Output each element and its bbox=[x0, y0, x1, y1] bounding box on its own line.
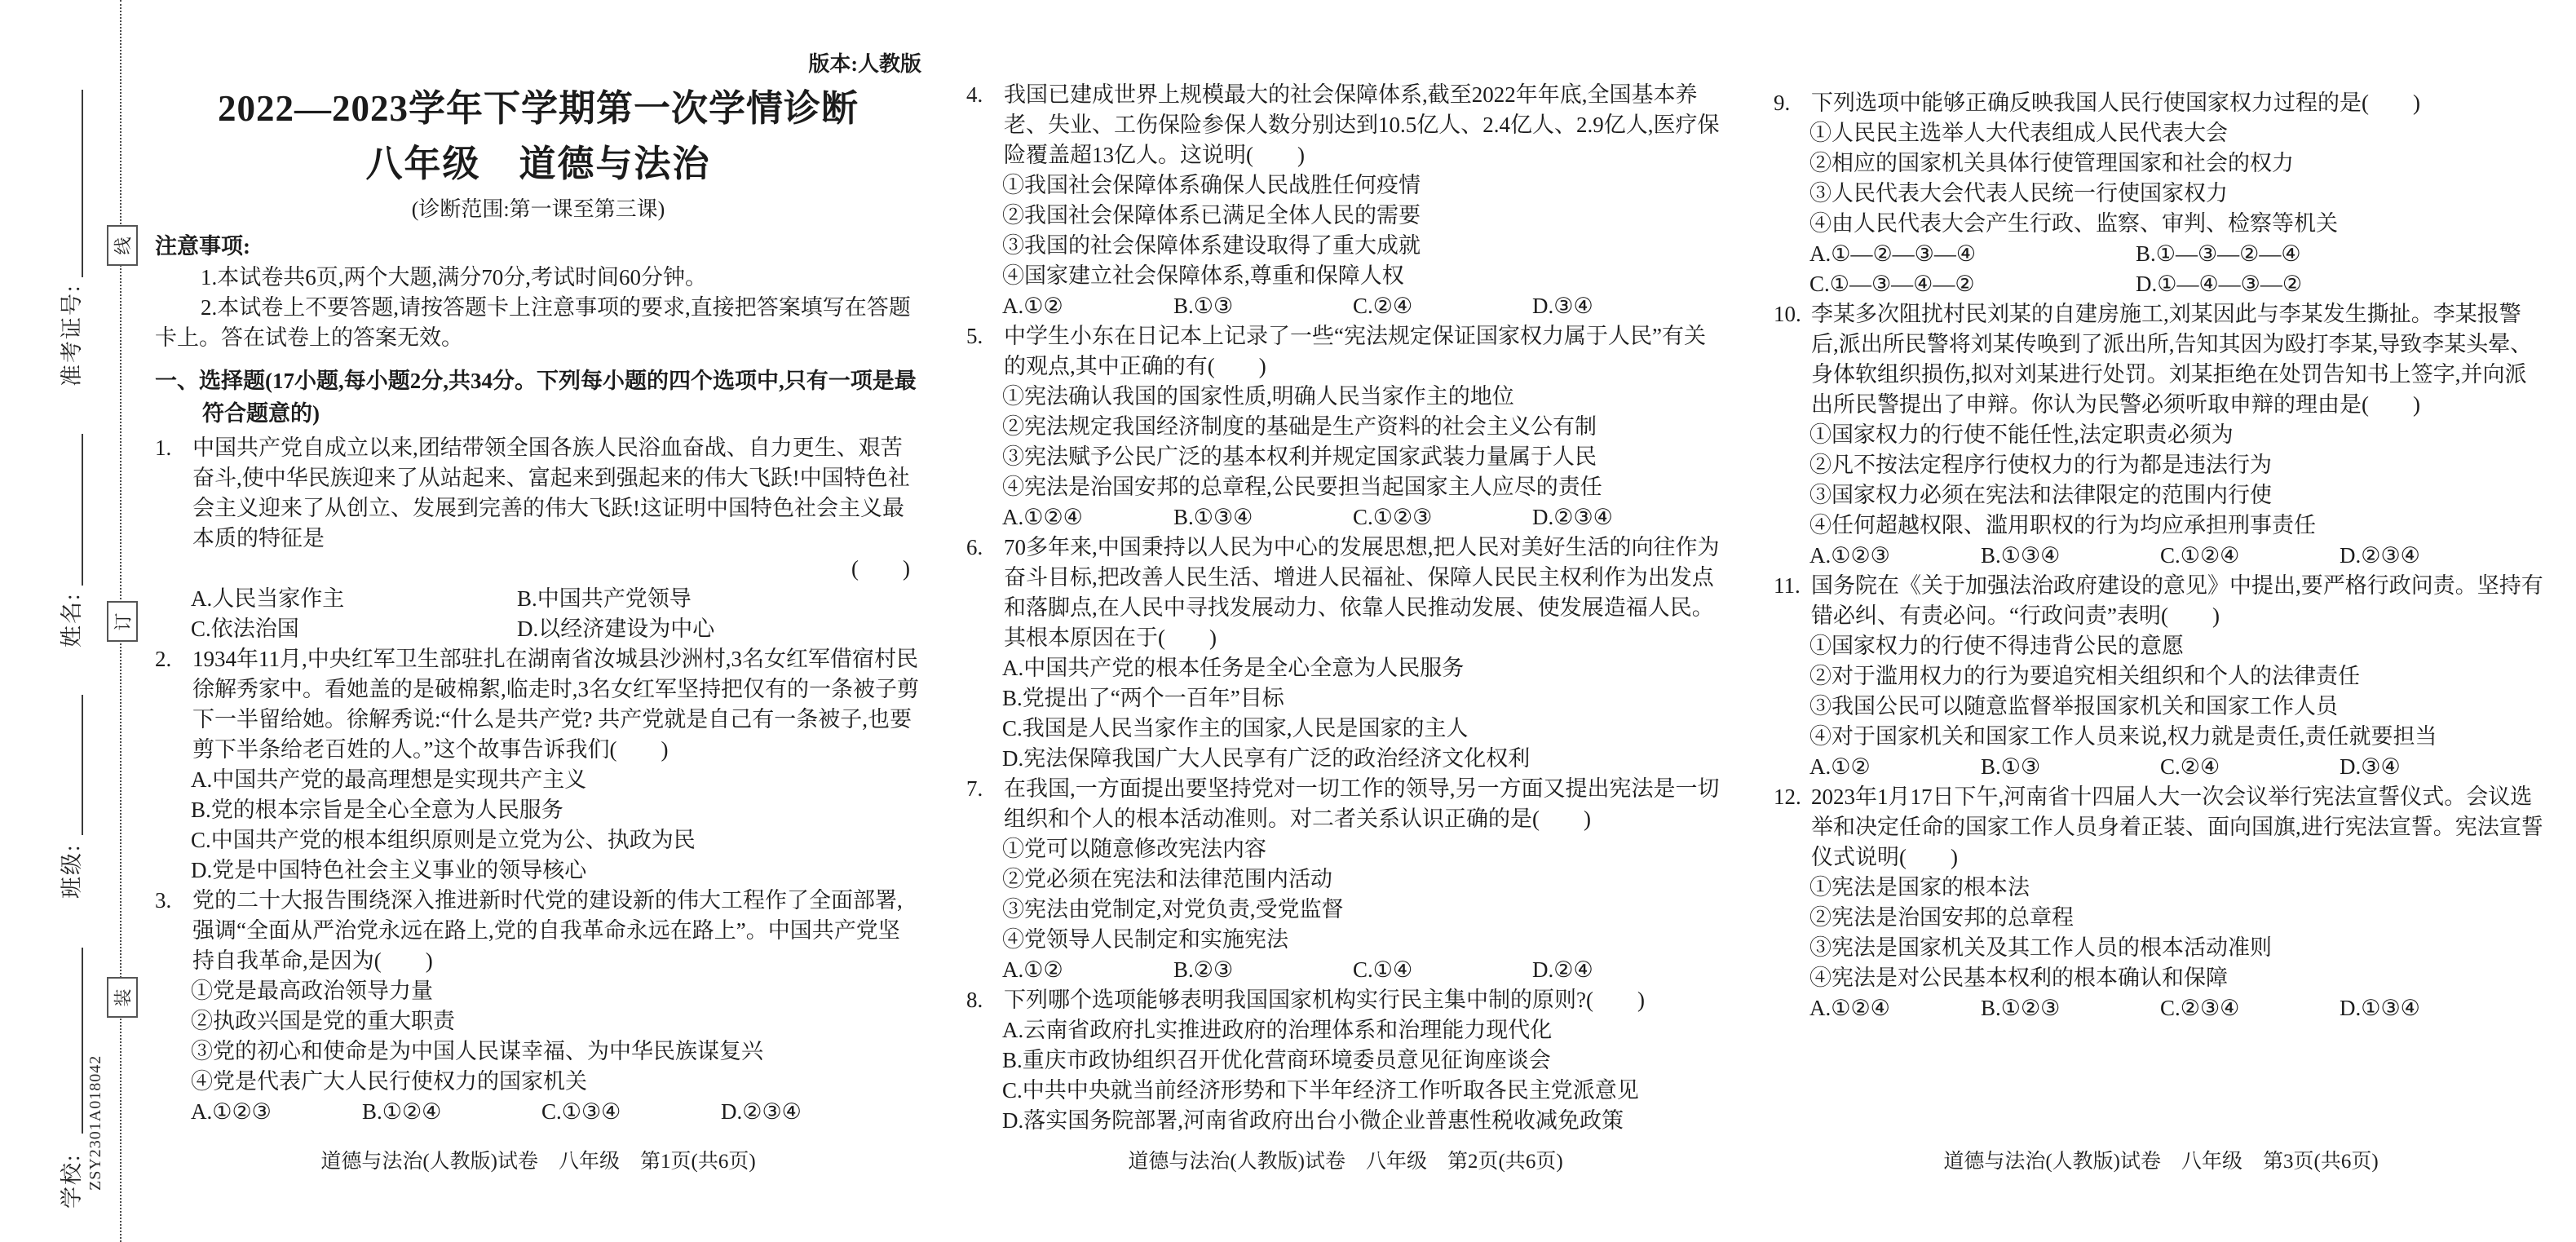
page-3-questions: 9.下列选项中能够正确反映我国人民行使国家权力过程的是( )①人民民主选举人大代… bbox=[1774, 88, 2548, 1023]
statement-item: ④由人民代表大会产生行政、监察、审判、检察等机关 bbox=[1774, 209, 2548, 239]
edition-label: 版本:人教版 bbox=[155, 51, 921, 78]
exam-title-line1: 2022—2023学年下学期第一次学情诊断 bbox=[155, 85, 921, 132]
option-line: C.中国共产党的根本组织原则是立党为公、执政为民 bbox=[155, 825, 921, 855]
option: B.中国共产党领导 bbox=[517, 584, 921, 614]
option-D: D.②③④ bbox=[2340, 541, 2548, 571]
question-text: 我国已建成世界上规模最大的社会保障体系,截至2022年年底,全国基本养老、失业、… bbox=[1004, 82, 1720, 167]
option-C: C.①③④ bbox=[541, 1097, 721, 1127]
options-row: A.人民当家作主B.中国共产党领导 bbox=[155, 584, 921, 614]
question: 8.下列哪个选项能够表明我国国家机构实行民主集中制的原则?( )A.云南省政府扎… bbox=[966, 985, 1725, 1136]
question: 1.中国共产党自成立以来,团结带领全国各族人民浴血奋战、自力更生、艰苦奋斗,使中… bbox=[155, 433, 921, 644]
question-number: 8. bbox=[966, 985, 1004, 1015]
page-2: 4.我国已建成世界上规模最大的社会保障体系,截至2022年年底,全国基本养老、失… bbox=[966, 0, 1725, 1242]
statement-item: ②执政兴国是党的重大职责 bbox=[155, 1006, 921, 1036]
school-field-line bbox=[82, 948, 83, 1134]
seal-margin-fields: 学校: 班级: 姓名: 准考证号: bbox=[33, 49, 90, 1233]
option: A.①—②—③—④ bbox=[1809, 239, 2136, 269]
statement-item: ②党必须在宪法和法律范围内活动 bbox=[966, 864, 1725, 895]
options-row: A.①②③B.①③④C.①②④D.②③④ bbox=[1774, 541, 2548, 571]
options-row: C.①—③—④—②D.①—④—③—② bbox=[1774, 269, 2548, 299]
page-2-questions: 4.我国已建成世界上规模最大的社会保障体系,截至2022年年底,全国基本养老、失… bbox=[966, 80, 1725, 1136]
question-text: 在我国,一方面提出要坚持党对一切工作的领导,另一方面又提出宪法是一切组织和个人的… bbox=[1004, 776, 1720, 831]
question-number: 12. bbox=[1774, 782, 1811, 812]
page-3: 9.下列选项中能够正确反映我国人民行使国家权力过程的是( )①人民民主选举人大代… bbox=[1774, 0, 2548, 1242]
options-row: A.①②B.②③C.①④D.②④ bbox=[966, 955, 1725, 985]
exam-sheet-scan: { "sidebar": { "fields": [ {"label": "学校… bbox=[0, 0, 2576, 1242]
question-number: 9. bbox=[1774, 88, 1811, 118]
page-1-footer: 道德与法治(人教版)试卷 八年级 第1页(共6页) bbox=[155, 1148, 921, 1176]
statement-item: ②相应的国家机关具体行使管理国家和社会的权力 bbox=[1774, 148, 2548, 179]
notice-item-1: 1.本试卷共6页,两个大题,满分70分,考试时间60分钟。 bbox=[155, 263, 921, 293]
option-A: A.①②③ bbox=[1809, 541, 1981, 571]
option-C: C.①②④ bbox=[2160, 541, 2340, 571]
option-C: C.①②③ bbox=[1353, 502, 1532, 533]
exam-id-field-line bbox=[82, 90, 83, 277]
statement-item: ②宪法是治国安邦的总章程 bbox=[1774, 903, 2548, 933]
class-field-label: 班级: bbox=[54, 843, 86, 899]
option-line: D.党是中国特色社会主义事业的领导核心 bbox=[155, 855, 921, 886]
fold-mark-zhuang: 装 bbox=[107, 977, 138, 1018]
question-number: 3. bbox=[155, 886, 192, 916]
question-number: 2. bbox=[155, 644, 192, 674]
question: 3.党的二十大报告围绕深入推进新时代党的建设新的伟大工程作了全面部署,强调“全面… bbox=[155, 886, 921, 1127]
question-stem: 8.下列哪个选项能够表明我国国家机构实行民主集中制的原则?( ) bbox=[966, 985, 1725, 1015]
fold-mark-xian: 线 bbox=[107, 225, 138, 266]
question-text: 1934年11月,中央红军卫生部驻扎在湖南省汝城县沙洲村,3名女红军借宿村民徐解… bbox=[192, 647, 919, 762]
option-D: D.③④ bbox=[2340, 752, 2548, 782]
question: 5.中学生小东在日记本上记录了一些“宪法规定保证国家权力属于人民”有关的观点,其… bbox=[966, 321, 1725, 533]
option-D: D.③④ bbox=[1532, 291, 1725, 321]
question-number: 5. bbox=[966, 321, 1004, 351]
question-stem: 12.2023年1月17日下午,河南省十四届人大一次会议举行宪法宣誓仪式。会议选… bbox=[1774, 782, 2548, 873]
question: 6.70多年来,中国秉持以人民为中心的发展思想,把人民对美好生活的向往作为奋斗目… bbox=[966, 533, 1725, 774]
statement-item: ①宪法确认我国的国家性质,明确人民当家作主的地位 bbox=[966, 382, 1725, 412]
option-A: A.①② bbox=[1809, 752, 1981, 782]
statement-item: ③我国的社会保障体系建设取得了重大成就 bbox=[966, 231, 1725, 261]
option-B: B.①③ bbox=[1981, 752, 2160, 782]
question-stem: 4.我国已建成世界上规模最大的社会保障体系,截至2022年年底,全国基本养老、失… bbox=[966, 80, 1725, 170]
question-stem: 3.党的二十大报告围绕深入推进新时代党的建设新的伟大工程作了全面部署,强调“全面… bbox=[155, 886, 921, 976]
question-number: 1. bbox=[155, 433, 192, 463]
option-line: A.云南省政府扎实推进政府的治理体系和治理能力现代化 bbox=[966, 1015, 1725, 1045]
option: A.人民当家作主 bbox=[191, 584, 517, 614]
question-text: 中学生小东在日记本上记录了一些“宪法规定保证国家权力属于人民”有关的观点,其中正… bbox=[1004, 324, 1706, 378]
option: D.①—④—③—② bbox=[2136, 269, 2548, 299]
option-line: B.党的根本宗旨是全心全意为人民服务 bbox=[155, 795, 921, 825]
statement-item: ③宪法由党制定,对党负责,受党监督 bbox=[966, 895, 1725, 925]
statement-item: ②我国社会保障体系已满足全体人民的需要 bbox=[966, 201, 1725, 231]
fold-mark-zhuang-char: 装 bbox=[109, 988, 135, 1006]
option-line: C.中共中央就当前经济形势和下半年经济工作听取各民主党派意见 bbox=[966, 1076, 1725, 1106]
statement-item: ①国家权力的行使不能任性,法定职责必须为 bbox=[1774, 420, 2548, 450]
class-field-line bbox=[82, 695, 83, 835]
option-D: D.②③④ bbox=[1532, 502, 1725, 533]
fold-mark-ding: 订 bbox=[107, 601, 138, 642]
answer-blank: ( ) bbox=[155, 554, 921, 584]
option-A: A.①②③ bbox=[191, 1097, 362, 1127]
option: D.以经济建设为中心 bbox=[517, 614, 921, 644]
statement-item: ④对于国家机关和国家工作人员来说,权力就是责任,责任就要担当 bbox=[1774, 722, 2548, 752]
options-row: C.依法治国D.以经济建设为中心 bbox=[155, 614, 921, 644]
fold-mark-xian-char: 线 bbox=[109, 236, 135, 254]
option-D: D.②③④ bbox=[721, 1097, 921, 1127]
question-number: 10. bbox=[1774, 299, 1811, 329]
option-A: A.①②④ bbox=[1809, 993, 1981, 1023]
statement-item: ③党的初心和使命是为中国人民谋幸福、为中华民族谋复兴 bbox=[155, 1036, 921, 1067]
option-B: B.①③ bbox=[1173, 291, 1353, 321]
statement-item: ①人民民主选举人大代表组成人民代表大会 bbox=[1774, 118, 2548, 148]
question: 9.下列选项中能够正确反映我国人民行使国家权力过程的是( )①人民民主选举人大代… bbox=[1774, 88, 2548, 299]
statement-item: ③人民代表大会代表人民统一行使国家权力 bbox=[1774, 179, 2548, 209]
options-row: A.①②③B.①②④C.①③④D.②③④ bbox=[155, 1097, 921, 1127]
options-row: A.①②④B.①②③C.②③④D.①③④ bbox=[1774, 993, 2548, 1023]
question-number: 7. bbox=[966, 774, 1004, 804]
option: B.①—③—②—④ bbox=[2136, 239, 2548, 269]
notice-item-2: 2.本试卷上不要答题,请按答题卡上注意事项的要求,直接把答案填写在答题卡上。答在… bbox=[155, 293, 921, 353]
option-line: D.落实国务院部署,河南省政府出台小微企业普惠性税收减免政策 bbox=[966, 1106, 1725, 1136]
options-row: A.①②B.①③C.②④D.③④ bbox=[1774, 752, 2548, 782]
statement-item: ②对于滥用权力的行为要追究相关组织和个人的法律责任 bbox=[1774, 661, 2548, 692]
exam-scope-subtitle: (诊断范围:第一课至第三课) bbox=[155, 194, 921, 225]
question-stem: 11.国务院在《关于加强法治政府建设的意见》中提出,要严格行政问责。坚持有错必纠… bbox=[1774, 571, 2548, 631]
exam-title-line2: 八年级 道德与法治 bbox=[155, 140, 921, 188]
statement-item: ④国家建立社会保障体系,尊重和保障人权 bbox=[966, 261, 1725, 291]
statement-item: ④党领导人民制定和实施宪法 bbox=[966, 925, 1725, 955]
question: 11.国务院在《关于加强法治政府建设的意见》中提出,要严格行政问责。坚持有错必纠… bbox=[1774, 571, 2548, 782]
option-C: C.②④ bbox=[1353, 291, 1532, 321]
school-field-label: 学校: bbox=[54, 1153, 86, 1209]
question-number: 11. bbox=[1774, 571, 1811, 601]
option-line: D.宪法保障我国广大人民享有广泛的政治经济文化权利 bbox=[966, 744, 1725, 774]
question-text: 70多年来,中国秉持以人民为中心的发展思想,把人民对美好生活的向往作为奋斗目标,… bbox=[1004, 535, 1720, 650]
option-A: A.①② bbox=[1002, 955, 1173, 985]
statement-item: ①党可以随意修改宪法内容 bbox=[966, 834, 1725, 864]
page-2-footer: 道德与法治(人教版)试卷 八年级 第2页(共6页) bbox=[966, 1148, 1725, 1176]
option: C.①—③—④—② bbox=[1809, 269, 2136, 299]
option-B: B.①③④ bbox=[1981, 541, 2160, 571]
options-row: A.①②B.①③C.②④D.③④ bbox=[966, 291, 1725, 321]
question-number: 4. bbox=[966, 80, 1004, 110]
question-text: 下列选项中能够正确反映我国人民行使国家权力过程的是( ) bbox=[1811, 91, 2420, 115]
question: 4.我国已建成世界上规模最大的社会保障体系,截至2022年年底,全国基本养老、失… bbox=[966, 80, 1725, 321]
question-text: 国务院在《关于加强法治政府建设的意见》中提出,要严格行政问责。坚持有错必纠、有责… bbox=[1811, 573, 2543, 628]
option-line: B.重庆市政协组织召开优化营商环境委员意见征询座谈会 bbox=[966, 1045, 1725, 1076]
question-stem: 9.下列选项中能够正确反映我国人民行使国家权力过程的是( ) bbox=[1774, 88, 2548, 118]
question-text: 下列哪个选项能够表明我国国家机构实行民主集中制的原则?( ) bbox=[1004, 988, 1645, 1012]
page-3-footer: 道德与法治(人教版)试卷 八年级 第3页(共6页) bbox=[1774, 1148, 2548, 1176]
option-line: A.中国共产党的根本任务是全心全意为人民服务 bbox=[966, 653, 1725, 683]
question: 10.李某多次阻扰村民刘某的自建房施工,刘某因此与李某发生撕扯。李某报警后,派出… bbox=[1774, 299, 2548, 571]
option-B: B.②③ bbox=[1173, 955, 1353, 985]
question-text: 党的二十大报告围绕深入推进新时代党的建设新的伟大工程作了全面部署,强调“全面从严… bbox=[192, 888, 903, 973]
statement-item: ④任何超越权限、滥用职权的行为均应承担刑事责任 bbox=[1774, 511, 2548, 541]
question: 7.在我国,一方面提出要坚持党对一切工作的领导,另一方面又提出宪法是一切组织和个… bbox=[966, 774, 1725, 985]
option-line: B.党提出了“两个一百年”目标 bbox=[966, 683, 1725, 714]
exam-code: ZSY2301A018042 bbox=[86, 1015, 108, 1191]
option-B: B.①③④ bbox=[1173, 502, 1353, 533]
question: 12.2023年1月17日下午,河南省十四届人大一次会议举行宪法宣誓仪式。会议选… bbox=[1774, 782, 2548, 1023]
option-C: C.②④ bbox=[2160, 752, 2340, 782]
option-D: D.①③④ bbox=[2340, 993, 2548, 1023]
statement-item: ④宪法是治国安邦的总章程,公民要担当起国家主人应尽的责任 bbox=[966, 472, 1725, 502]
statement-item: ①宪法是国家的根本法 bbox=[1774, 873, 2548, 903]
question-stem: 2.1934年11月,中央红军卫生部驻扎在湖南省汝城县沙洲村,3名女红军借宿村民… bbox=[155, 644, 921, 765]
name-field-label: 姓名: bbox=[54, 592, 86, 648]
option-A: A.①② bbox=[1002, 291, 1173, 321]
question-stem: 6.70多年来,中国秉持以人民为中心的发展思想,把人民对美好生活的向往作为奋斗目… bbox=[966, 533, 1725, 653]
options-row: A.①②④B.①③④C.①②③D.②③④ bbox=[966, 502, 1725, 533]
fold-mark-ding-char: 订 bbox=[109, 612, 135, 630]
page-1-questions: 1.中国共产党自成立以来,团结带领全国各族人民浴血奋战、自力更生、艰苦奋斗,使中… bbox=[155, 433, 921, 1127]
section-1-heading: 一、选择题(17小题,每小题2分,共34分。下列每小题的四个选项中,只有一项是最… bbox=[155, 365, 921, 430]
exam-id-field-label: 准考证号: bbox=[54, 284, 86, 387]
statement-item: ②宪法规定我国经济制度的基础是生产资料的社会主义公有制 bbox=[966, 412, 1725, 442]
question-number: 6. bbox=[966, 533, 1004, 563]
question-stem: 7.在我国,一方面提出要坚持党对一切工作的领导,另一方面又提出宪法是一切组织和个… bbox=[966, 774, 1725, 834]
option-C: C.②③④ bbox=[2160, 993, 2340, 1023]
statement-item: ③宪法赋予公民广泛的基本权利并规定国家武装力量属于人民 bbox=[966, 442, 1725, 472]
option-line: A.中国共产党的最高理想是实现共产主义 bbox=[155, 765, 921, 795]
option-C: C.①④ bbox=[1353, 955, 1532, 985]
option-line: C.我国是人民当家作主的国家,人民是国家的主人 bbox=[966, 714, 1725, 744]
option: C.依法治国 bbox=[191, 614, 517, 644]
question-stem: 5.中学生小东在日记本上记录了一些“宪法规定保证国家权力属于人民”有关的观点,其… bbox=[966, 321, 1725, 382]
question-text: 李某多次阻扰村民刘某的自建房施工,刘某因此与李某发生撕扯。李某报警后,派出所民警… bbox=[1811, 302, 2532, 417]
question-stem: 10.李某多次阻扰村民刘某的自建房施工,刘某因此与李某发生撕扯。李某报警后,派出… bbox=[1774, 299, 2548, 420]
statement-item: ③我国公民可以随意监督举报国家机关和国家工作人员 bbox=[1774, 692, 2548, 722]
statement-item: ③国家权力必须在宪法和法律限定的范围内行使 bbox=[1774, 480, 2548, 511]
question-text: 中国共产党自成立以来,团结带领全国各族人民浴血奋战、自力更生、艰苦奋斗,使中华民… bbox=[192, 435, 910, 550]
statement-item: ④党是代表广大人民行使权力的国家机关 bbox=[155, 1067, 921, 1097]
question-stem: 1.中国共产党自成立以来,团结带领全国各族人民浴血奋战、自力更生、艰苦奋斗,使中… bbox=[155, 433, 921, 554]
statement-item: ②凡不按法定程序行使权力的行为都是违法行为 bbox=[1774, 450, 2548, 480]
statement-item: ①国家权力的行使不得违背公民的意愿 bbox=[1774, 631, 2548, 661]
options-row: A.①—②—③—④B.①—③—②—④ bbox=[1774, 239, 2548, 269]
statement-item: ①我国社会保障体系确保人民战胜任何疫情 bbox=[966, 170, 1725, 201]
question-text: 2023年1月17日下午,河南省十四届人大一次会议举行宪法宣誓仪式。会议选举和决… bbox=[1811, 785, 2543, 869]
name-field-line bbox=[82, 434, 83, 586]
statement-item: ④宪法是对公民基本权利的根本确认和保障 bbox=[1774, 963, 2548, 993]
notice-heading: 注意事项: bbox=[155, 230, 921, 263]
question: 2.1934年11月,中央红军卫生部驻扎在湖南省汝城县沙洲村,3名女红军借宿村民… bbox=[155, 644, 921, 886]
option-B: B.①②③ bbox=[1981, 993, 2160, 1023]
option-A: A.①②④ bbox=[1002, 502, 1173, 533]
option-B: B.①②④ bbox=[362, 1097, 541, 1127]
option-D: D.②④ bbox=[1532, 955, 1725, 985]
page-1: 版本:人教版 2022—2023学年下学期第一次学情诊断 八年级 道德与法治 (… bbox=[155, 0, 921, 1242]
statement-item: ①党是最高政治领导力量 bbox=[155, 976, 921, 1006]
statement-item: ③宪法是国家机关及其工作人员的根本活动准则 bbox=[1774, 933, 2548, 963]
